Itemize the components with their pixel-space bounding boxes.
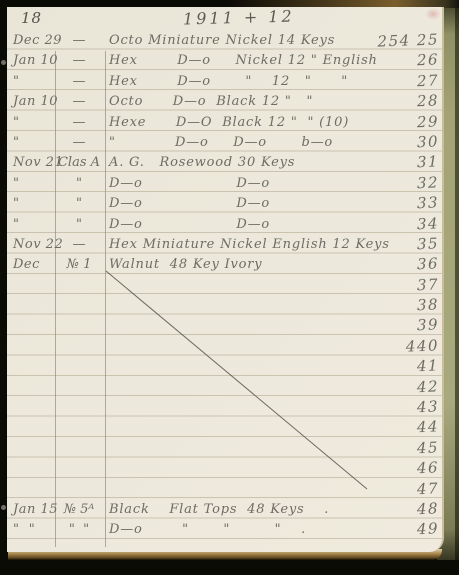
row-class: —	[53, 113, 105, 133]
ledger-row: Jan 10 — Octo D—o Black 12 " " 28	[7, 92, 442, 112]
row-class: —	[53, 92, 105, 112]
row-class: —	[53, 133, 105, 153]
ledger-row: Jan 10 — Hex D—o Nickel 12 " English 26	[7, 51, 442, 71]
page-number: 18	[21, 9, 42, 27]
margin-pencil-mark	[1, 60, 6, 65]
row-date: Nov 21	[13, 153, 57, 173]
ledger-row: Jan 15 № 5ᴬ Black Flat Tops 48 Keys . 48	[7, 500, 442, 520]
row-serial-number: 36	[349, 254, 440, 277]
row-serial-number: 44	[349, 417, 440, 440]
row-serial-number: 28	[349, 91, 440, 114]
row-date: "	[13, 72, 57, 92]
margin-pencil-mark	[1, 505, 6, 510]
row-serial-number: 42	[349, 376, 440, 399]
row-serial-number: 33	[349, 193, 440, 216]
ledger-row: " " " " D—o " " " . 49	[7, 520, 442, 540]
row-date: Jan 15	[13, 500, 57, 520]
row-description: D—o " " " .	[109, 520, 306, 540]
ledger-row: 47	[7, 480, 442, 500]
row-serial-number: 32	[349, 172, 440, 195]
ledger-row: 41	[7, 357, 442, 377]
row-serial-number: 41	[349, 356, 440, 379]
row-date: Dec	[13, 255, 57, 275]
ledger-row: " " D—o D—o 33	[7, 194, 442, 214]
ledger-row: Nov 22 — Hex Miniature Nickel English 12…	[7, 235, 442, 255]
ledger-rows: Dec 29 — Octo Miniature Nickel 14 Keys 2…	[7, 31, 442, 541]
ledger-row: 43	[7, 398, 442, 418]
row-serial-number: 31	[349, 152, 440, 175]
ledger-row: " — Hex D—o " 12 " " 27	[7, 72, 442, 92]
ledger-row: Dec 29 — Octo Miniature Nickel 14 Keys 2…	[7, 31, 442, 51]
ledger-row: 45	[7, 439, 442, 459]
row-description: Hex D—o Nickel 12 " English	[109, 51, 378, 71]
row-serial-number: 39	[349, 315, 440, 338]
row-class: № 1	[53, 255, 105, 275]
year-title: 1911 + 12	[183, 7, 295, 29]
ledger-row: 42	[7, 378, 442, 398]
row-class: "	[53, 215, 105, 235]
row-class: № 5ᴬ	[53, 500, 105, 520]
row-class: " "	[53, 520, 105, 540]
row-date: "	[13, 215, 57, 235]
row-serial-number: 34	[349, 213, 440, 236]
ledger-page: 18 1911 + 12 Dec 29 — Octo Miniature Nic…	[7, 7, 444, 552]
row-serial-number: 49	[349, 519, 440, 542]
row-class: "	[53, 194, 105, 214]
row-description: " D—o D—o b—o	[109, 133, 333, 153]
row-description: Hex Miniature Nickel English 12 Keys	[109, 235, 390, 255]
row-description: A. G. Rosewood 30 Keys	[109, 153, 295, 173]
row-description: Hex D—o " 12 " "	[109, 72, 348, 92]
row-date: "	[13, 133, 57, 153]
row-description: Black Flat Tops 48 Keys .	[109, 500, 329, 520]
row-description: Octo D—o Black 12 " "	[109, 92, 313, 112]
pink-ink-smudge	[425, 8, 441, 20]
row-description: Walnut 48 Key Ivory	[109, 255, 262, 275]
row-class: Clas A	[53, 153, 105, 173]
row-serial-number: 47	[349, 478, 440, 501]
row-serial-number: 46	[349, 458, 440, 481]
row-description: D—o D—o	[109, 194, 270, 214]
row-date: Dec 29	[13, 31, 57, 51]
row-class: —	[53, 31, 105, 51]
ledger-row: 38	[7, 296, 442, 316]
frame-bottom	[0, 560, 459, 575]
ledger-row: 44	[7, 418, 442, 438]
row-class: —	[53, 51, 105, 71]
ledger-row: " — " D—o D—o b—o 30	[7, 133, 442, 153]
row-class: —	[53, 235, 105, 255]
row-date: "	[13, 113, 57, 133]
row-date: "	[13, 174, 57, 194]
ledger-row: 46	[7, 459, 442, 479]
row-description: D—o D—o	[109, 174, 270, 194]
row-description: D—o D—o	[109, 215, 270, 235]
row-serial-number: 29	[349, 111, 440, 134]
row-date: Jan 10	[13, 92, 57, 112]
ledger-row: " " D—o D—o 32	[7, 174, 442, 194]
ledger-row: Nov 21 Clas A A. G. Rosewood 30 Keys 31	[7, 153, 442, 173]
scanned-ledger-photo: 18 1911 + 12 Dec 29 — Octo Miniature Nic…	[0, 0, 459, 575]
row-date: Jan 10	[13, 51, 57, 71]
row-class: "	[53, 174, 105, 194]
row-description: Octo Miniature Nickel 14 Keys	[109, 31, 335, 51]
row-date: " "	[13, 520, 57, 540]
book-cover-edge-shadow	[455, 0, 459, 575]
row-serial-number: 37	[349, 274, 440, 297]
ledger-row: 440	[7, 337, 442, 357]
ledger-row: " — Hexe D—O Black 12 " " (10) 29	[7, 113, 442, 133]
row-description: Hexe D—O Black 12 " " (10)	[109, 113, 349, 133]
ledger-row: Dec № 1 Walnut 48 Key Ivory 36	[7, 255, 442, 275]
row-date: "	[13, 194, 57, 214]
ledger-row: " " D—o D—o 34	[7, 215, 442, 235]
row-date: Nov 22	[13, 235, 57, 255]
ledger-row: 37	[7, 276, 442, 296]
ledger-row: 39	[7, 316, 442, 336]
row-class: —	[53, 72, 105, 92]
row-serial-number: 26	[349, 50, 440, 73]
